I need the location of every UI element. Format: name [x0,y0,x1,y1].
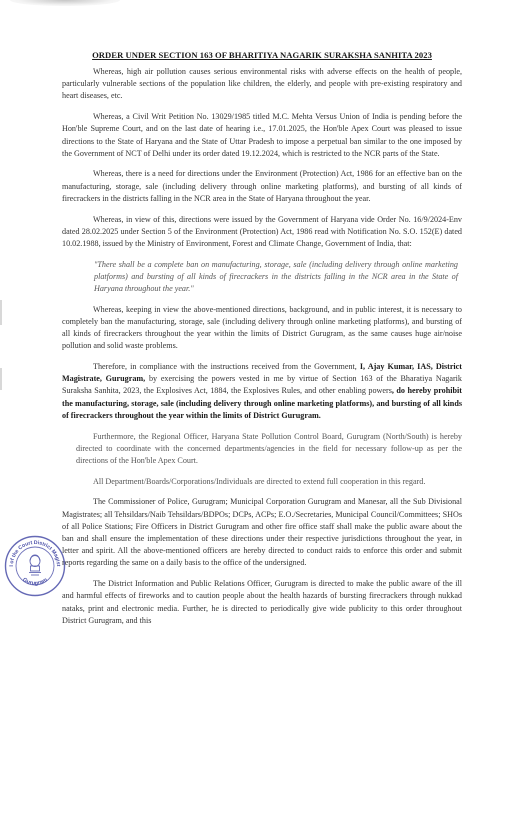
court-seal: Seal of the Court District Magistrate Gu… [4,535,66,597]
svg-text:Seal of the Court District Mag: Seal of the Court District Magistrate [4,535,61,567]
document-title: ORDER UNDER SECTION 163 OF BHARITIYA NAG… [62,50,462,60]
paragraph-enforcement-officers: The Commissioner of Police, Gurugram; Mu… [62,496,462,569]
quoted-directive: "There shall be a complete ban on manufa… [62,259,462,296]
paragraph-whereas-public-interest: Whereas, keeping in view the above-menti… [62,304,462,353]
paragraph-whereas-pollution: Whereas, high air pollution causes serio… [62,66,462,103]
paragraph-prohibition-order: Therefore, in compliance with the instru… [62,361,462,422]
paragraph-whereas-writ-petition: Whereas, a Civil Writ Petition No. 13029… [62,111,462,160]
scan-edge-mark [0,300,2,325]
scan-shadow [10,0,120,6]
paragraph-publicity: The District Information and Public Rela… [62,578,462,627]
paragraph-cooperation: All Department/Boards/Corporations/Indiv… [62,476,462,488]
order-document: ORDER UNDER SECTION 163 OF BHARITIYA NAG… [62,50,462,635]
paragraph-regional-officer: Furthermore, the Regional Officer, Harya… [62,431,462,468]
paragraph-whereas-haryana-order: Whereas, in view of this, directions wer… [62,214,462,251]
national-emblem-icon [29,555,41,575]
prohibition-text-1: Therefore, in compliance with the instru… [93,362,360,371]
paragraph-whereas-need-directions: Whereas, there is a need for directions … [62,168,462,205]
svg-text:Gurugram: Gurugram [21,577,48,587]
scan-edge-mark [0,368,2,390]
